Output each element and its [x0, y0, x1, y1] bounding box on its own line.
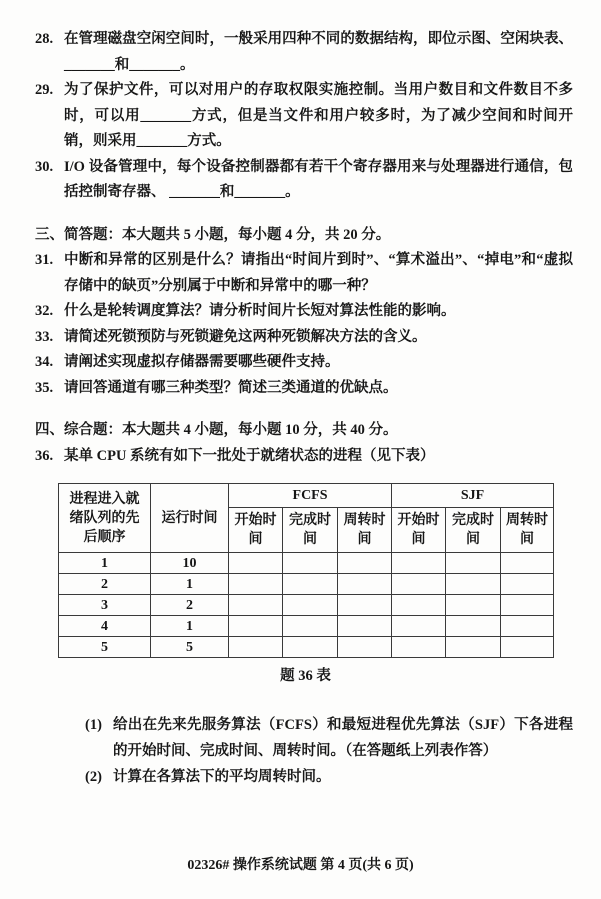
answer-cell: [229, 637, 283, 658]
section-gap: [35, 206, 573, 214]
page-footer: 02326# 操作系统试题 第 4 页(共 6 页): [0, 854, 601, 874]
answer-cell: [446, 637, 501, 658]
answer-cell: [229, 574, 283, 595]
process-order-cell: 3: [59, 595, 151, 616]
answer-cell: [392, 637, 446, 658]
question-29: 29. 为了保护文件，可以对用户的存取权限实施控制。当用户数目和文件数目不多时，…: [35, 78, 573, 155]
exam-content: 28. 在管理磁盘空闲空间时，一般采用四种不同的数据结构，即位示图、空闲块表、_…: [0, 0, 601, 790]
runtime-cell: 1: [151, 616, 229, 637]
runtime-cell: 1: [151, 574, 229, 595]
exam-page: 28. 在管理磁盘空闲空间时，一般采用四种不同的数据结构，即位示图、空闲块表、_…: [0, 0, 601, 899]
question-text: 请阐述实现虚拟存储器需要哪些硬件支持。: [64, 354, 340, 370]
question-number: 34.: [35, 350, 53, 376]
question-number: 30.: [35, 155, 53, 181]
table-group-header-row: 进程进入就绪队列的先后顺序 运行时间 FCFS SJF: [59, 484, 554, 508]
answer-cell: [283, 595, 338, 616]
process-order-cell: 1: [59, 553, 151, 574]
answer-cell: [283, 637, 338, 658]
question-text: 在管理磁盘空闲空间时，一般采用四种不同的数据结构，即位示图、空闲块表、_____…: [64, 31, 573, 73]
table-row: 2 1: [59, 574, 554, 595]
runtime-cell: 5: [151, 637, 229, 658]
runtime-cell: 2: [151, 595, 229, 616]
question-text: 为了保护文件，可以对用户的存取权限实施控制。当用户数目和文件数目不多时，可以用_…: [64, 82, 573, 149]
section-heading-comprehensive: 四、综合题：本大题共 4 小题，每小题 10 分，共 40 分。: [35, 418, 573, 444]
question-28: 28. 在管理磁盘空闲空间时，一般采用四种不同的数据结构，即位示图、空闲块表、_…: [35, 27, 573, 78]
sub-question-number: (1): [85, 712, 102, 738]
runtime-cell: 10: [151, 553, 229, 574]
answer-cell: [446, 616, 501, 637]
sub-question-number: (2): [85, 764, 102, 790]
section-gap: [35, 401, 573, 409]
question-text: 什么是轮转调度算法？请分析时间片长短对算法性能的影响。: [64, 303, 456, 319]
answer-cell: [501, 595, 554, 616]
question-text: 某单 CPU 系统有如下一批处于就绪状态的进程（见下表）: [64, 448, 435, 464]
sub-question-2: (2) 计算在各算法下的平均周转时间。: [85, 764, 573, 790]
question-30: 30. I/O 设备管理中，每个设备控制器都有若干个寄存器用来与处理器进行通信，…: [35, 155, 573, 206]
question-36: 36. 某单 CPU 系统有如下一批处于就绪状态的进程（见下表）: [35, 444, 573, 470]
table-caption: 题 36 表: [58, 664, 553, 685]
question-text: 中断和异常的区别是什么？请指出“时间片到时”、“算术溢出”、“掉电”和“虚拟存储…: [64, 252, 573, 294]
question-35: 35. 请回答通道有哪三种类型？简述三类通道的优缺点。: [35, 376, 573, 402]
process-order-cell: 4: [59, 616, 151, 637]
answer-cell: [338, 616, 392, 637]
table-header-sjf-turnaround: 周转时间: [501, 508, 554, 553]
answer-cell: [338, 553, 392, 574]
answer-cell: [446, 553, 501, 574]
table-row: 3 2: [59, 595, 554, 616]
table-header-runtime: 运行时间: [151, 484, 229, 553]
answer-cell: [229, 553, 283, 574]
table-row: 1 10: [59, 553, 554, 574]
question-number: 36.: [35, 444, 53, 470]
answer-cell: [446, 574, 501, 595]
table-header-fcfs-start: 开始时间: [229, 508, 283, 553]
sub-question-1: (1) 给出在先来先服务算法（FCFS）和最短进程优先算法（SJF）下各进程的开…: [85, 712, 573, 764]
answer-cell: [338, 637, 392, 658]
process-order-cell: 5: [59, 637, 151, 658]
sub-questions: (1) 给出在先来先服务算法（FCFS）和最短进程优先算法（SJF）下各进程的开…: [35, 712, 573, 790]
question-number: 31.: [35, 248, 53, 274]
section-heading-short-answer: 三、简答题：本大题共 5 小题，每小题 4 分，共 20 分。: [35, 223, 573, 249]
table-row: 4 1: [59, 616, 554, 637]
process-table: 进程进入就绪队列的先后顺序 运行时间 FCFS SJF 开始时间 完成时间 周转…: [58, 483, 554, 658]
answer-cell: [392, 574, 446, 595]
question-31: 31. 中断和异常的区别是什么？请指出“时间片到时”、“算术溢出”、“掉电”和“…: [35, 248, 573, 299]
process-order-cell: 2: [59, 574, 151, 595]
question-text: 请简述死锁预防与死锁避免这两种死锁解决方法的含义。: [64, 329, 427, 345]
table-header-sjf-start: 开始时间: [392, 508, 446, 553]
table-header-sjf: SJF: [392, 484, 554, 508]
answer-cell: [229, 595, 283, 616]
answer-cell: [229, 616, 283, 637]
question-text: I/O 设备管理中，每个设备控制器都有若干个寄存器用来与处理器进行通信，包括控制…: [64, 159, 573, 201]
question-number: 29.: [35, 78, 53, 104]
answer-cell: [338, 574, 392, 595]
table-row: 5 5: [59, 637, 554, 658]
answer-cell: [392, 553, 446, 574]
answer-cell: [283, 574, 338, 595]
process-table-wrap: 进程进入就绪队列的先后顺序 运行时间 FCFS SJF 开始时间 完成时间 周转…: [58, 483, 553, 658]
sub-question-text: 计算在各算法下的平均周转时间。: [113, 769, 331, 785]
answer-cell: [501, 616, 554, 637]
sub-question-text: 给出在先来先服务算法（FCFS）和最短进程优先算法（SJF）下各进程的开始时间、…: [113, 717, 573, 759]
question-number: 33.: [35, 325, 53, 351]
answer-cell: [283, 553, 338, 574]
answer-cell: [392, 616, 446, 637]
answer-cell: [283, 616, 338, 637]
answer-cell: [446, 595, 501, 616]
table-header-fcfs: FCFS: [229, 484, 392, 508]
answer-cell: [392, 595, 446, 616]
answer-cell: [501, 553, 554, 574]
question-number: 28.: [35, 27, 53, 53]
table-header-fcfs-finish: 完成时间: [283, 508, 338, 553]
answer-cell: [501, 637, 554, 658]
question-number: 32.: [35, 299, 53, 325]
question-text: 请回答通道有哪三种类型？简述三类通道的优缺点。: [64, 380, 398, 396]
question-32: 32. 什么是轮转调度算法？请分析时间片长短对算法性能的影响。: [35, 299, 573, 325]
table-header-process-order: 进程进入就绪队列的先后顺序: [59, 484, 151, 553]
question-33: 33. 请简述死锁预防与死锁避免这两种死锁解决方法的含义。: [35, 325, 573, 351]
table-header-fcfs-turnaround: 周转时间: [338, 508, 392, 553]
answer-cell: [501, 574, 554, 595]
question-number: 35.: [35, 376, 53, 402]
answer-cell: [338, 595, 392, 616]
table-header-sjf-finish: 完成时间: [446, 508, 501, 553]
question-34: 34. 请阐述实现虚拟存储器需要哪些硬件支持。: [35, 350, 573, 376]
